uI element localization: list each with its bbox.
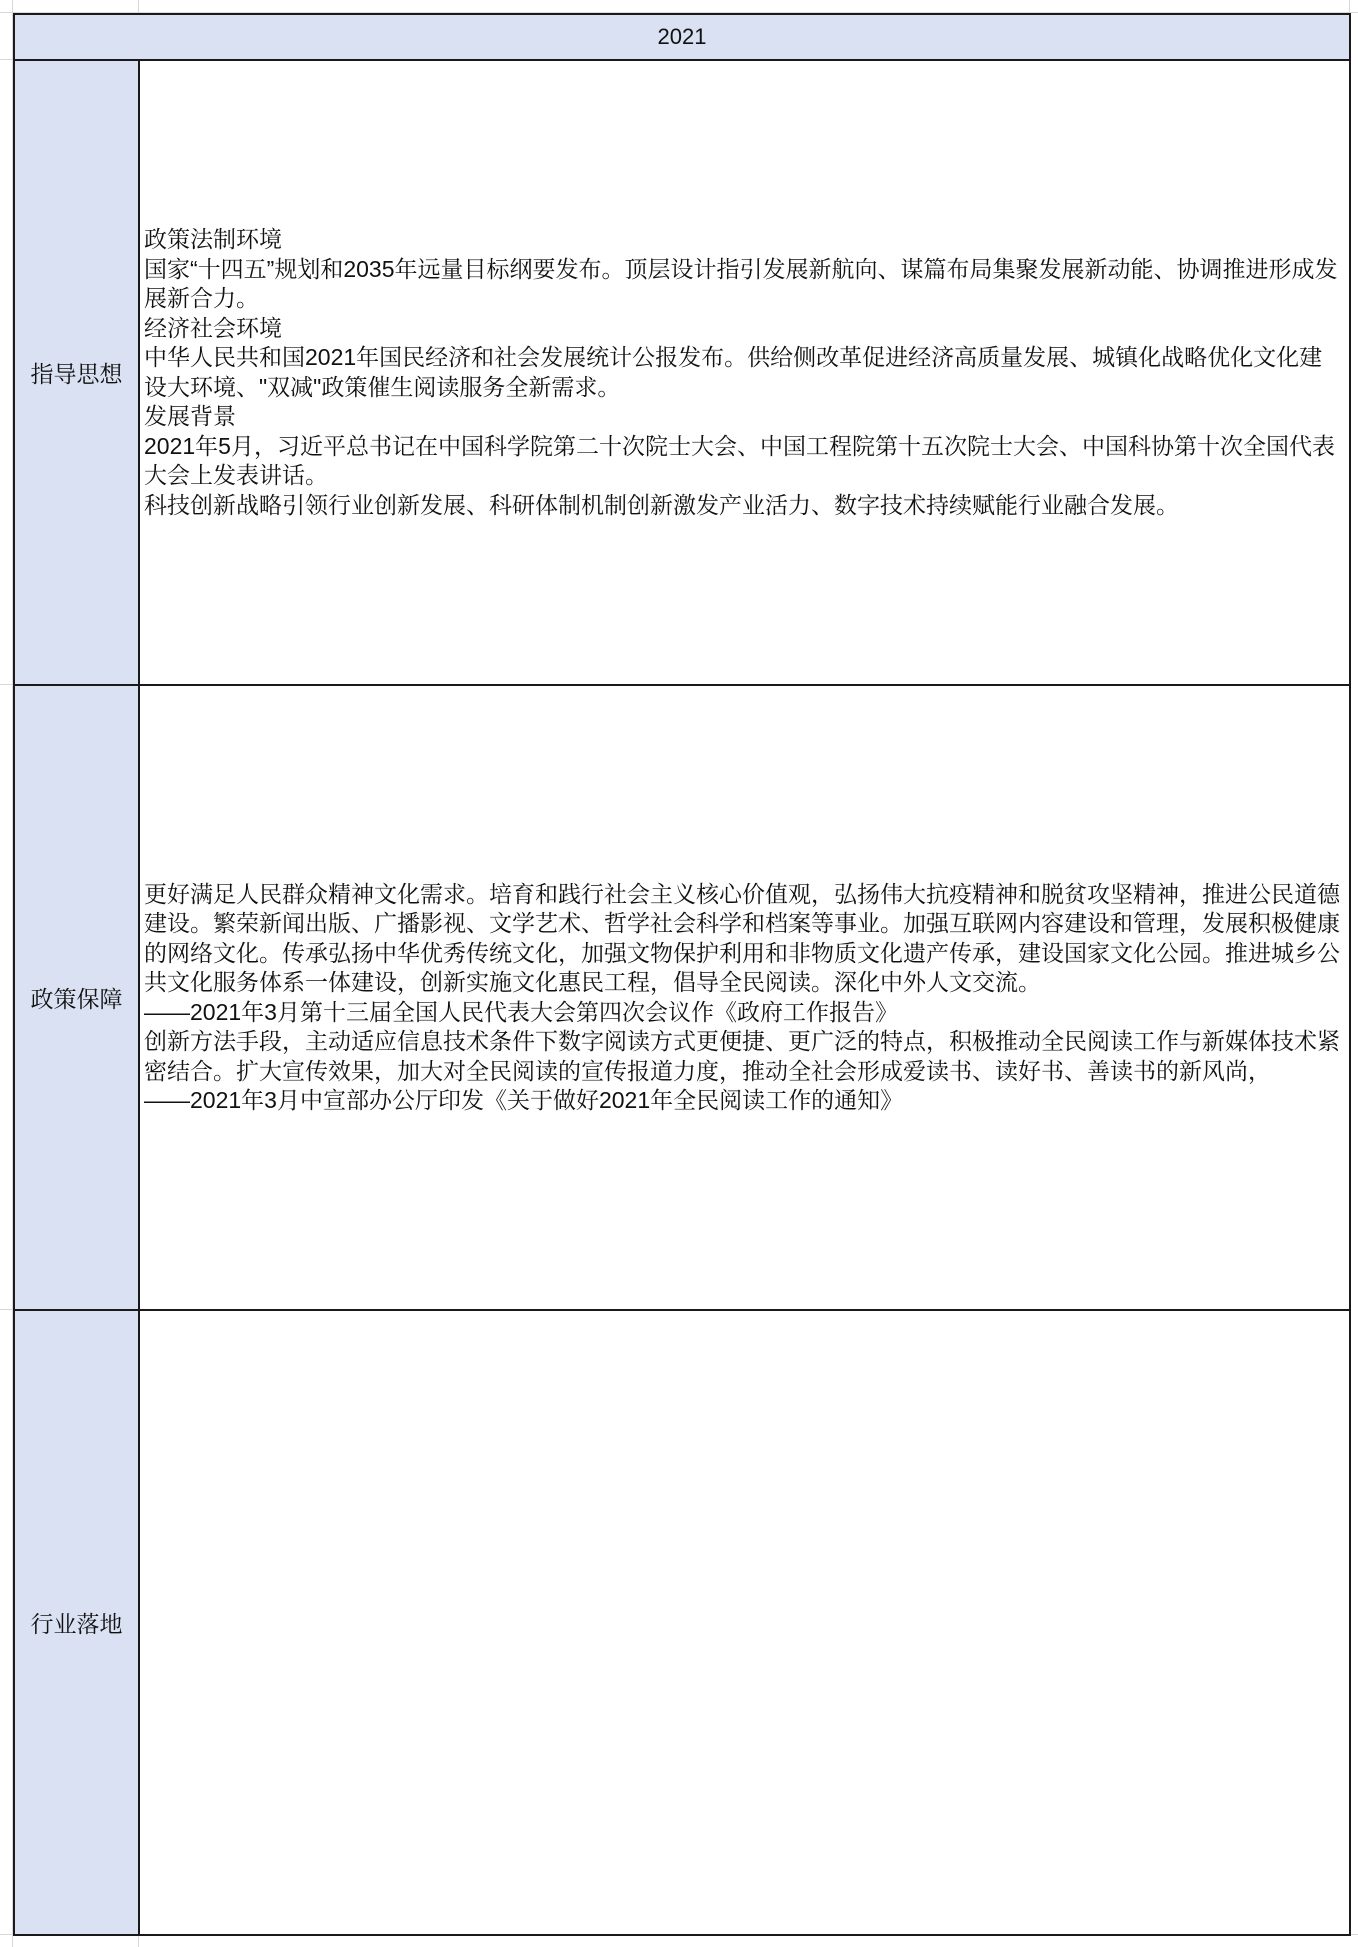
header-row: 2021: [14, 14, 1350, 60]
citation: ——2021年3月中宣部办公厅印发《关于做好2021年全民阅读工作的通知》: [144, 1086, 1345, 1116]
section-heading: 政策法制环境: [144, 225, 1345, 255]
paragraph: 2021年5月，习近平总书记在中国科学院第二十次院士大会、中国工程院第十五次院士…: [144, 432, 1345, 491]
policy-table: 2021 指导思想 政策法制环境 国家“十四五”规划和2035年远量目标纲要发布…: [13, 13, 1351, 1936]
sheet-gridline: [138, 0, 139, 13]
sheet-gridline: [0, 1309, 13, 1310]
table-row-policy-support: 政策保障 更好满足人民群众精神文化需求。培育和践行社会主义核心价值观，弘扬伟大抗…: [14, 685, 1350, 1310]
row-label-cell[interactable]: 政策保障: [14, 685, 139, 1310]
table-row-industry-implementation: 行业落地: [14, 1310, 1350, 1935]
year-header-cell[interactable]: 2021: [14, 14, 1350, 60]
sheet-gridline-top: [0, 0, 1358, 13]
paragraph: 更好满足人民群众精神文化需求。培育和践行社会主义核心价值观，弘扬伟大抗疫精神和脱…: [144, 880, 1345, 998]
row-content-cell[interactable]: 更好满足人民群众精神文化需求。培育和践行社会主义核心价值观，弘扬伟大抗疫精神和脱…: [139, 685, 1350, 1310]
paragraph: 科技创新战略引领行业创新发展、科研体制机制创新激发产业活力、数字技术持续赋能行业…: [144, 491, 1345, 521]
sheet-gridline-left: [0, 0, 13, 1947]
row-content-cell[interactable]: 政策法制环境 国家“十四五”规划和2035年远量目标纲要发布。顶层设计指引发展新…: [139, 60, 1350, 685]
table-row-guiding-ideology: 指导思想 政策法制环境 国家“十四五”规划和2035年远量目标纲要发布。顶层设计…: [14, 60, 1350, 685]
row-label-cell[interactable]: 指导思想: [14, 60, 139, 685]
paragraph: 创新方法手段，主动适应信息技术条件下数字阅读方式更便捷、更广泛的特点，积极推动全…: [144, 1027, 1345, 1086]
citation: ——2021年3月第十三届全国人民代表大会第四次会议作《政府工作报告》: [144, 998, 1345, 1028]
section-heading: 发展背景: [144, 402, 1345, 432]
sheet-gridline: [0, 684, 13, 685]
sheet-gridline: [0, 59, 13, 60]
row-label-cell[interactable]: 行业落地: [14, 1310, 139, 1935]
paragraph: 国家“十四五”规划和2035年远量目标纲要发布。顶层设计指引发展新航向、谋篇布局…: [144, 255, 1345, 314]
section-heading: 经济社会环境: [144, 314, 1345, 344]
sheet-gridline: [1349, 0, 1350, 13]
row-content-cell-empty[interactable]: [139, 1310, 1350, 1935]
paragraph: 中华人民共和国2021年国民经济和社会发展统计公报发布。供给侧改革促进经济高质量…: [144, 343, 1345, 402]
